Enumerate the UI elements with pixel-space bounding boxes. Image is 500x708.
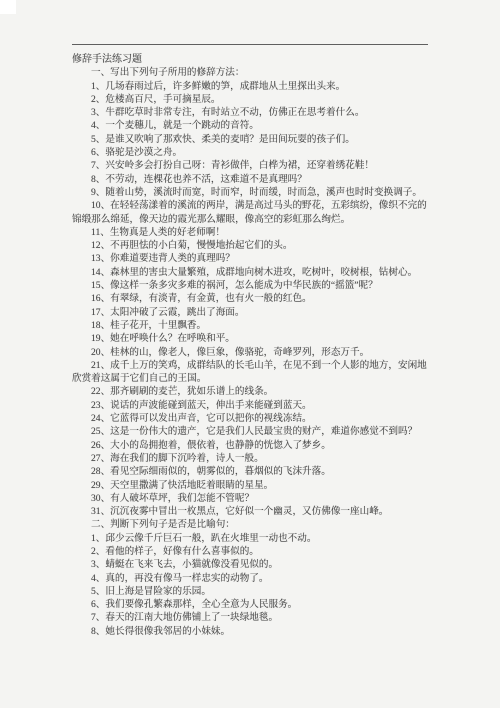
- exercise-item: 21、成千上万的笑鸡，成群结队的长毛山羊，在见不到一个人影的地方，安闲地欣赏着这…: [72, 359, 429, 386]
- exercise-item: 5、是谁又吹响了那欢快、柔美的麦哨？是田间玩耍的孩子们。: [72, 133, 429, 146]
- exercise-item: 10、在轻轻荡漾着的溪流的两岸，满是高过马头的野花，五彩缤纷，像织不完的锦缎那么…: [72, 199, 429, 226]
- exercise-item: 18、桂子花开，十里飘香。: [72, 319, 429, 332]
- exercise-item: 2、看他的样子，好像有什么喜事似的。: [72, 545, 429, 558]
- exercise-item: 20、桂林的山，像老人，像巨象，像骆驼，奇峰罗列，形态万千。: [72, 346, 429, 359]
- exercise-item: 15、像这样一条多灾多难的祸河，怎么能成为中华民族的“摇篮”呢？: [72, 279, 429, 292]
- exercise-item: 1、几场春雨过后，许多鲜嫩的笋，成群地从土里探出头来。: [72, 80, 429, 93]
- exercise-item: 7、兴安岭多会打扮自己呀：青衫做伴，白桦为裙，还穿着绣花鞋！: [72, 159, 429, 172]
- exercise-item: 24、它蓝得可以发出声音，它可以把你的视线冻结。: [72, 412, 429, 425]
- exercise-item: 26、大小的岛拥抱着，偎依着，也静静的恍惚入了梦乡。: [72, 439, 429, 452]
- exercise-item: 22、那齐刷刷的麦芒，犹如乐谱上的线条。: [72, 385, 429, 398]
- exercise-item: 4、真的，再没有像马一样忠实的动物了。: [72, 572, 429, 585]
- exercise-item: 25、这是一份伟大的遗产，它是我们人民最宝贵的财产，难道你感觉不到吗？: [72, 425, 429, 438]
- exercise-item: 2、危楼高百尺，手可摘星辰。: [72, 93, 429, 106]
- exercise-item: 1、邱少云像千斤巨石一般，趴在火堆里一动也不动。: [72, 532, 429, 545]
- exercise-item: 14、森林里的害虫大量繁殖，成群地向树木进攻，吃树叶，咬树根，钻树心。: [72, 266, 429, 279]
- page-title: 修辞手法练习题: [72, 53, 429, 66]
- section-heading: 一、写出下列句子所用的修辞方法：: [72, 66, 429, 79]
- exercise-item: 12、不再胆怯的小白菊，慢慢地抬起它们的头。: [72, 239, 429, 252]
- exercise-item: 5、旧上海是冒险家的乐园。: [72, 585, 429, 598]
- exercise-item: 13、你难道要违背人类的真理吗？: [72, 252, 429, 265]
- worksheet-content: 修辞手法练习题 一、写出下列句子所用的修辞方法：1、几场春雨过后，许多鲜嫩的笋，…: [72, 53, 429, 638]
- exercise-item: 6、骆驼是沙漠之舟。: [72, 146, 429, 159]
- exercise-item: 28、看见空际细雨似的，朝雾似的，暮烟似的飞沫升落。: [72, 465, 429, 478]
- exercise-item: 29、天空里撒满了快活地眨着眼睛的星星。: [72, 479, 429, 492]
- exercise-item: 27、海在我们的脚下沉吟着，诗人一般。: [72, 452, 429, 465]
- exercise-item: 17、太阳冲破了云霞，跳出了海面。: [72, 306, 429, 319]
- exercise-item: 30、有人破坏草坪，我们怎能不管呢？: [72, 492, 429, 505]
- exercise-item: 8、她长得很像我邻居的小妹妹。: [72, 625, 429, 638]
- section-heading: 二、判断下列句子是否是比喻句：: [72, 518, 429, 531]
- exercise-item: 4、一个麦穗儿，就是一个跳动的音符。: [72, 119, 429, 132]
- exercise-item: 6、我们要像孔繁森那样，全心全意为人民服务。: [72, 598, 429, 611]
- exercise-item: 8、不劳动，连棵花也养不活，这难道不是真理吗？: [72, 173, 429, 186]
- exercise-item: 7、春天的江南大地仿佛铺上了一块绿地毯。: [72, 611, 429, 624]
- worksheet-page: 修辞手法练习题 一、写出下列句子所用的修辞方法：1、几场春雨过后，许多鲜嫩的笋，…: [0, 0, 500, 708]
- exercise-item: 3、牛群吃草时非常专注，有时站立不动，仿佛正在思考着什么。: [72, 106, 429, 119]
- exercise-item: 23、说话的声波能碰到蓝天，伸出手来能碰到蓝天。: [72, 399, 429, 412]
- exercise-item: 31、沉沉夜雾中冒出一枚黑点，它好似一个幽灵，又仿佛像一座山峰。: [72, 505, 429, 518]
- exercise-item: 19、她在呼唤什么？在呼唤和平。: [72, 332, 429, 345]
- scan-corner-artifact: [0, 0, 16, 14]
- header-rule: [72, 44, 428, 45]
- exercise-item: 16、有翠绿，有淡青，有金黄，也有火一般的红色。: [72, 292, 429, 305]
- sections-container: 一、写出下列句子所用的修辞方法：1、几场春雨过后，许多鲜嫩的笋，成群地从土里探出…: [72, 66, 429, 638]
- exercise-item: 11、生物真是人类的好老师啊！: [72, 226, 429, 239]
- exercise-item: 9、随着山势，溪流时而宽，时而窄，时而缓，时而急，溪声也时时变换调子。: [72, 186, 429, 199]
- exercise-item: 3、蜻蜓在飞来飞去，小猫就像没看见似的。: [72, 558, 429, 571]
